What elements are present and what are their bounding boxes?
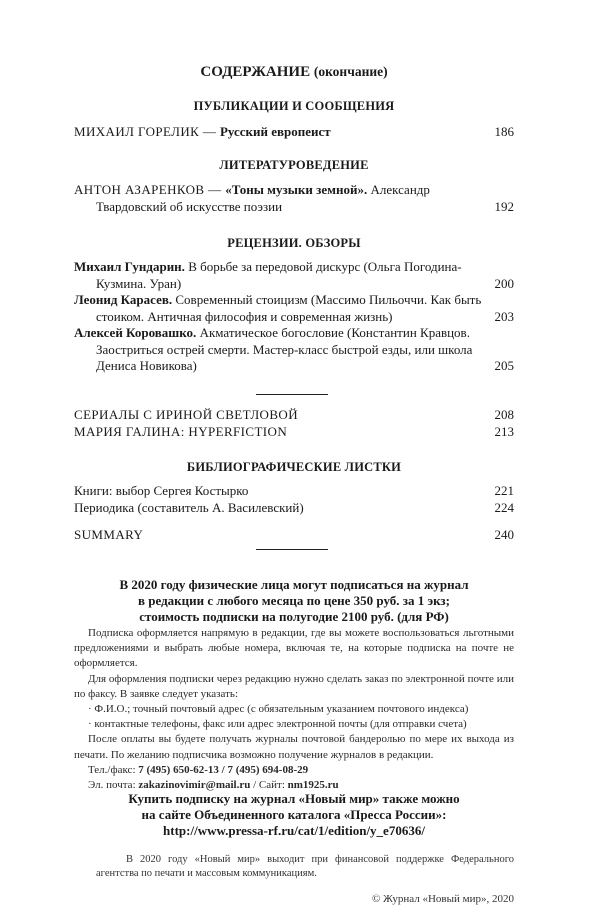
entry-page-number: 203 xyxy=(495,309,515,326)
entry-page-number: 224 xyxy=(495,500,515,517)
bullet-text: контактные телефоны, факс или адрес элек… xyxy=(94,718,466,730)
headline-line: в редакции с любого месяца по цене 350 р… xyxy=(74,593,514,609)
subscription-headline: В 2020 году физические лица могут подпис… xyxy=(74,577,514,625)
toc-entry[interactable]: Периодика (составитель А. Василевский) 2… xyxy=(74,500,514,517)
toc-entry[interactable]: МИХАИЛ ГОРЕЛИК — Русский европеист 186 xyxy=(74,124,514,141)
toc-entry[interactable]: МАРИЯ ГАЛИНА: HYPERFICTION 213 xyxy=(74,424,514,441)
section-heading-literary-studies: ЛИТЕРАТУРОВЕДЕНИЕ xyxy=(74,158,514,173)
entry-page-number: 200 xyxy=(495,276,515,293)
toc-entry[interactable]: Книги: выбор Сергея Костырко 221 xyxy=(74,483,514,500)
subscription-details: Подписка оформляется напрямую в редакции… xyxy=(74,626,514,793)
title-subtitle: (окончание) xyxy=(314,64,388,79)
entry-title: СЕРИАЛЫ С ИРИНОЙ СВЕТЛОВОЙ xyxy=(74,407,496,424)
catalog-line: Купить подписку на журнал «Новый мир» та… xyxy=(74,791,514,807)
phone-line: Тел./факс: 7 (495) 650-62-13 / 7 (495) 6… xyxy=(74,763,514,778)
toc-entry[interactable]: АНТОН АЗАРЕНКОВ — «Тоны музыки земной». … xyxy=(74,182,514,215)
separator-line xyxy=(256,549,328,550)
bullet-item: · контактные телефоны, факс или адрес эл… xyxy=(74,717,514,732)
catalog-line: на сайте Объединенного каталога «Пресса … xyxy=(74,807,514,823)
entry-title: SUMMARY xyxy=(74,527,496,544)
separator-line xyxy=(256,394,328,395)
entry-page-number: 240 xyxy=(495,527,515,544)
email-link[interactable]: zakazinovimir@mail.ru xyxy=(138,779,250,791)
subscription-paragraph: Подписка оформляется напрямую в редакции… xyxy=(74,626,514,672)
bullet-item: · Ф.И.О.; точный почтовый адрес (с обяза… xyxy=(74,702,514,717)
entry-page-number: 192 xyxy=(495,199,515,216)
subscription-paragraph: После оплаты вы будете получать журналы … xyxy=(74,732,514,762)
page-title: СОДЕРЖАНИЕ (окончание) xyxy=(74,64,514,81)
site-label: / Сайт: xyxy=(250,779,287,791)
section-heading-bibliography: БИБЛИОГРАФИЧЕСКИЕ ЛИСТКИ xyxy=(74,460,514,475)
site-link[interactable]: nm1925.ru xyxy=(288,779,339,791)
toc-entry[interactable]: СЕРИАЛЫ С ИРИНОЙ СВЕТЛОВОЙ 208 xyxy=(74,407,514,424)
entry-title: Периодика (составитель А. Василевский) xyxy=(74,500,496,517)
entry-author: Михаил Гундарин. xyxy=(74,259,185,274)
toc-entry[interactable]: Михаил Гундарин. В борьбе за передовой д… xyxy=(74,259,514,292)
entry-title: Книги: выбор Сергея Костырко xyxy=(74,483,496,500)
phone-value: 7 (495) 650-62-13 / 7 (495) 694-08-29 xyxy=(138,764,308,776)
subscription-paragraph: Для оформления подписки через редакцию н… xyxy=(74,672,514,702)
toc-entry[interactable]: Алексей Коровашко. Акматическое богослов… xyxy=(74,325,514,375)
entry-title: МАРИЯ ГАЛИНА: HYPERFICTION xyxy=(74,424,496,441)
copyright: © Журнал «Новый мир», 2020 xyxy=(372,893,514,905)
bullet-text: Ф.И.О.; точный почтовый адрес (с обязате… xyxy=(94,703,468,715)
entry-author: Леонид Карасев. xyxy=(74,292,172,307)
entry-page-number: 186 xyxy=(495,124,515,141)
entry-page-number: 213 xyxy=(495,424,515,441)
entry-title: «Тоны музыки земной». xyxy=(225,182,367,197)
phone-label: Тел./факс: xyxy=(88,764,138,776)
toc-entry[interactable]: Леонид Карасев. Современный стоицизм (Ма… xyxy=(74,292,514,325)
section-heading-reviews: РЕЦЕНЗИИ. ОБЗОРЫ xyxy=(74,236,514,251)
entry-page-number: 221 xyxy=(495,483,515,500)
support-note-text: В 2020 году «Новый мир» выходит при фина… xyxy=(96,853,514,881)
headline-line: стоимость подписки на полугодие 2100 руб… xyxy=(74,609,514,625)
entry-page-number: 205 xyxy=(495,358,515,375)
support-note: В 2020 году «Новый мир» выходит при фина… xyxy=(96,853,514,881)
entry-author: Алексей Коровашко. xyxy=(74,325,196,340)
entry-author: МИХАИЛ ГОРЕЛИК — xyxy=(74,124,220,139)
email-label: Эл. почта: xyxy=(88,779,138,791)
press-catalog-note: Купить подписку на журнал «Новый мир» та… xyxy=(74,791,514,839)
title-main: СОДЕРЖАНИЕ xyxy=(200,64,310,80)
section-heading-publications: ПУБЛИКАЦИИ И СООБЩЕНИЯ xyxy=(74,99,514,114)
headline-line: В 2020 году физические лица могут подпис… xyxy=(74,577,514,593)
entry-page-number: 208 xyxy=(495,407,515,424)
catalog-url-link[interactable]: http://www.pressa-rf.ru/cat/1/edition/y_… xyxy=(74,823,514,839)
toc-entry[interactable]: SUMMARY 240 xyxy=(74,527,514,544)
entry-title: Русский европеист xyxy=(220,124,331,139)
entry-author: АНТОН АЗАРЕНКОВ — xyxy=(74,182,225,197)
